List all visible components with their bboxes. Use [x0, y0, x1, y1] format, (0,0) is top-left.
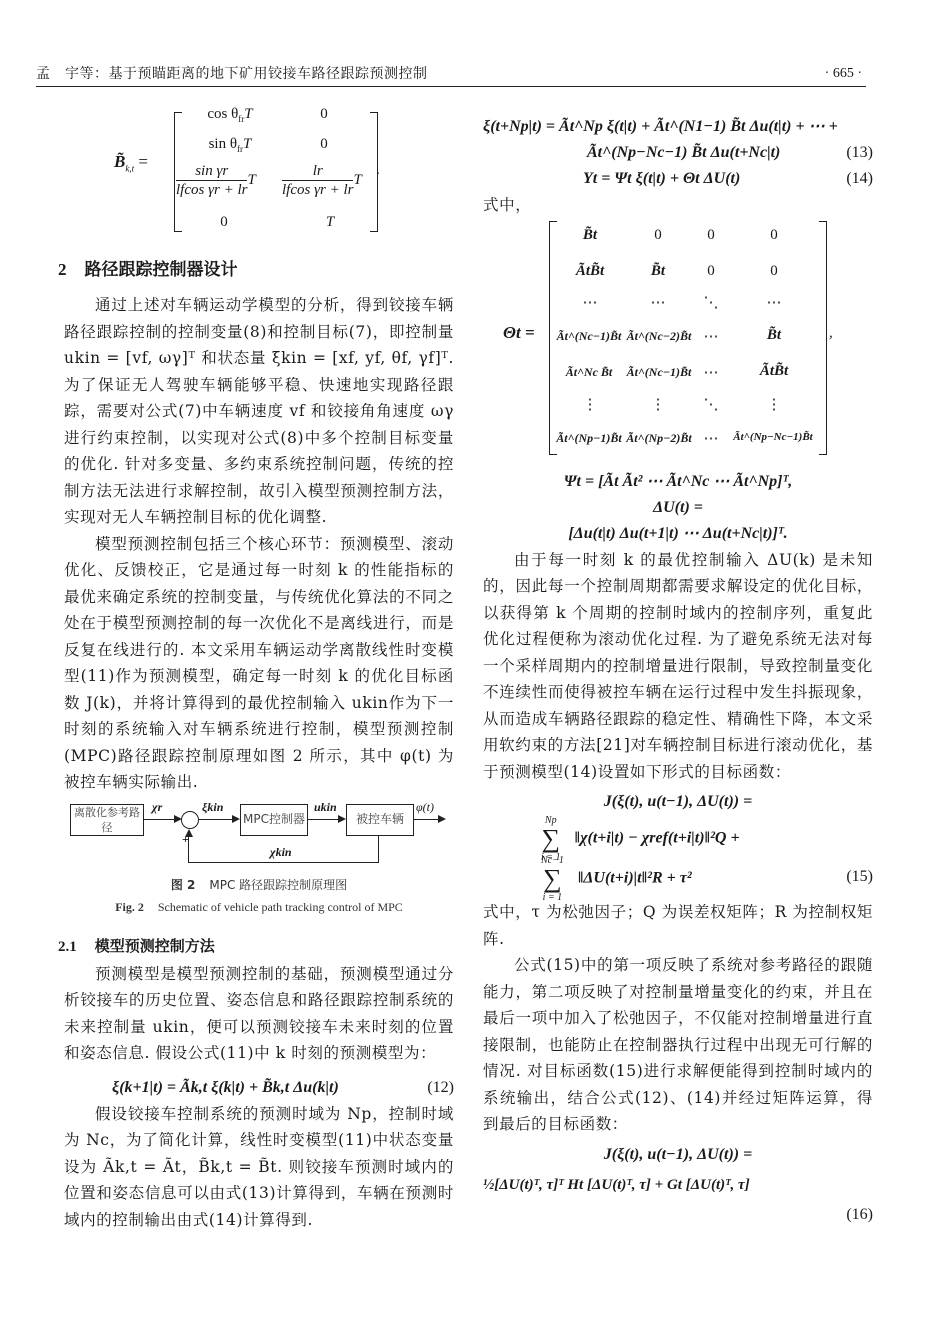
page-number: · 665 · [825, 62, 862, 86]
chi-kin-label: χkin [270, 845, 292, 860]
where-label: 式中， [483, 192, 873, 219]
right-bracket [819, 221, 827, 455]
equation-15-line2: Np∑i = 1 ‖χ(t+i|t) − χref(t+i|t)‖²Q + [483, 815, 873, 855]
figure-caption-en: Fig. 2Schematic of vehicle path tracking… [64, 896, 454, 918]
equation-matrix-b: B̃k,t = cos θfrT 0 sin θfrT 0 sin γrlfco… [64, 100, 454, 234]
section-heading-2-1: 2.1模型预测控制方法 [58, 932, 454, 961]
arrow-head-icon [438, 815, 446, 823]
sum-symbol: Nc−1∑i = 1 [541, 855, 564, 903]
feedback-line [378, 835, 379, 862]
matrix-b-lhs: B̃k,t = [114, 152, 148, 173]
equation-delta-u-lhs: ΔU(t) = [483, 495, 873, 521]
equation-psi: Ψt = [Ãt Ãt² ⋯ Ãt^Nc ⋯ Ãt^Np]ᵀ, [483, 469, 873, 495]
paragraph: 式中，τ 为松弛因子；Q 为误差权矩阵；R 为控制权矩阵. [483, 899, 873, 952]
matrix-b-cell: cos θfrT [190, 106, 270, 124]
left-column: B̃k,t = cos θfrT 0 sin θfrT 0 sin γrlfco… [64, 100, 454, 1233]
arrow-head-icon [338, 815, 346, 823]
equation-16-line1: J(ξ(t), u(t−1), ΔU(t)) = [483, 1142, 873, 1168]
equation-12: ξ(k+1|t) = Ãk,t ξ(k|t) + B̃k,t Δu(k|t) (… [64, 1075, 454, 1101]
matrix-b-cell: 0 [314, 136, 334, 153]
equation-16-line2: ½[ΔU(t)ᵀ, τ]ᵀ Ht [ΔU(t)ᵀ, τ] + Gt [ΔU(t)… [483, 1168, 873, 1202]
controlled-vehicle-box: 被控车辆 [346, 804, 414, 836]
feedback-line [188, 836, 189, 863]
equation-15-line1: J(ξ(t), u(t−1), ΔU(t)) = [483, 789, 873, 815]
paragraph: 假设铰接车控制系统的预测时域为 Np，控制时域为 Nc，为了简化计算，线性时变模… [64, 1101, 454, 1234]
equation-15-line3: Nc−1∑i = 1 ‖ΔU(t+i)|t‖²R + τ² (15) [483, 855, 873, 899]
paragraph: 由于每一时刻 k 的最优控制输入 ΔU(k) 是未知的，因此每一个控制周期都需要… [483, 547, 873, 786]
matrix-b-trailing: . [376, 162, 380, 179]
matrix-b-cell: sin θfrT [190, 136, 270, 154]
running-header: 孟 宇等：基于预瞄距离的地下矿用铰接车路径跟踪预测控制 · 665 · [36, 62, 866, 87]
equation-delta-u-rhs: [Δu(t|t) Δu(t+1|t) ⋯ Δu(t+Nc|t)]ᵀ. [483, 521, 873, 547]
arrow-head-icon [232, 815, 240, 823]
section-heading-2: 2路径跟踪控制器设计 [58, 254, 454, 286]
matrix-b-cell: sin γrlfcos γr + lrT [176, 162, 256, 199]
theta-lhs: Θt = [503, 323, 535, 343]
paragraph: 模型预测控制包括三个核心环节：预测模型、滚动优化、反馈校正，它是通过每一时刻 k… [64, 531, 454, 796]
chi-r-label: χr [152, 800, 162, 815]
reference-path-box: 离散化参考路径 [70, 804, 144, 836]
paragraph: 通过上述对车辆运动学模型的分析，得到铰接车辆路径跟踪控制的控制变量(8)和控制目… [64, 292, 454, 531]
feedback-line [188, 862, 379, 863]
equation-16-number: (16) [483, 1202, 873, 1228]
xi-label: ξkin [202, 800, 223, 815]
u-label: ukin [314, 800, 337, 815]
theta-trailing: , [829, 325, 833, 342]
phi-label: φ(t) [416, 800, 434, 815]
equation-14: Yt = Ψt ξ(t|t) + Θt ΔU(t) (14) [483, 166, 873, 192]
equation-theta-matrix: Θt = , B̃t 0 0 0 ÃtB̃t B̃t 0 0 ⋯ ⋯ ⋱ ⋯ Ã… [483, 219, 873, 459]
matrix-b-cell: 0 [214, 214, 234, 231]
equation-13-line2: Ãt^(Np−Nc−1) B̃t Δu(t+Nc|t) (13) [483, 140, 873, 166]
paragraph: 预测模型是模型预测控制的基础，预测模型通过分析铰接车的历史位置、姿态信息和路径跟… [64, 961, 454, 1067]
matrix-b-cell: 0 [314, 106, 334, 123]
mpc-controller-box: MPC控制器 [240, 804, 308, 836]
arrow-head-icon [185, 829, 193, 837]
summing-junction [181, 811, 199, 829]
paragraph: 公式(15)中的第一项反映了系统对参考路径的跟随能力，第二项反映了对控制量增量变… [483, 952, 873, 1138]
right-column: ξ(t+Np|t) = Ãt^Np ξ(t|t) + Ãt^(N1−1) B̃t… [483, 114, 873, 1228]
equation-13-line1: ξ(t+Np|t) = Ãt^Np ξ(t|t) + Ãt^(N1−1) B̃t… [483, 114, 873, 140]
matrix-b-cell: lrlfcos γr + lrT [282, 162, 362, 199]
matrix-b-cell: T [320, 214, 340, 231]
figure-caption-cn: 图 2MPC 路径跟踪控制原理图 [64, 874, 454, 896]
figure-2-diagram: 离散化参考路径 χr + ξkin MPC控制器 ukin 被控车辆 φ(t) … [64, 802, 454, 866]
running-title: 孟 宇等：基于预瞄距离的地下矿用铰接车路径跟踪预测控制 [36, 62, 428, 86]
